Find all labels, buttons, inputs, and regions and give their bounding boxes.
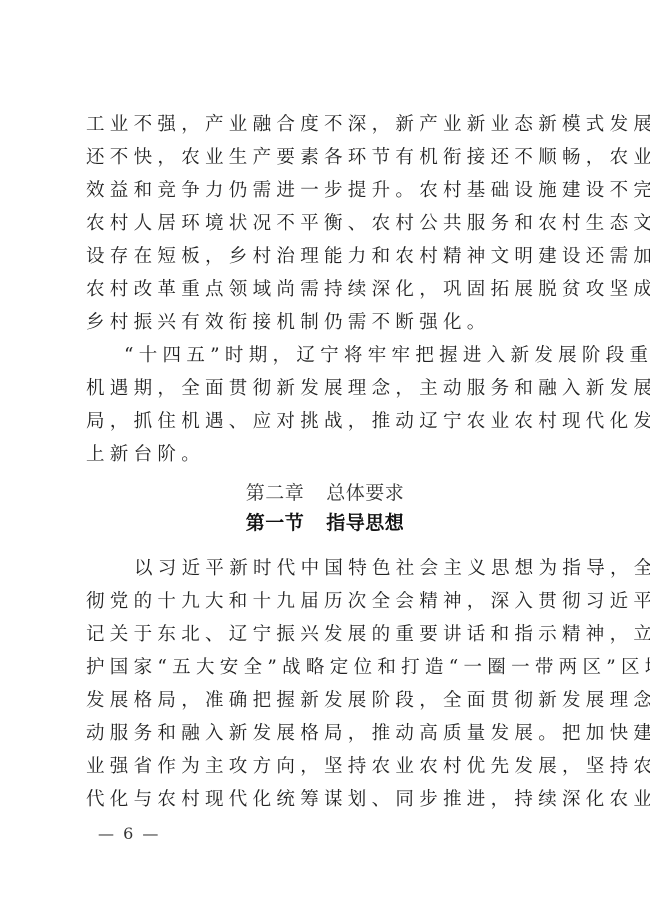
text-line: 业强省作为主攻方向，坚持农业农村优先发展，坚持农业现 xyxy=(86,750,568,783)
chapter-title: 总体要求 xyxy=(326,482,404,504)
text-line: 设存在短板，乡村治理能力和农村精神文明建设还需加强， xyxy=(86,240,568,273)
text-line: 农村人居环境状况不平衡、农村公共服务和农村生态文明建 xyxy=(86,207,568,240)
document-page: 工业不强，产业融合度不深，新产业新业态新模式发展步伐 还不快，农业生产要素各环节… xyxy=(0,0,650,919)
text-line: 局，抓住机遇、应对挑战，推动辽宁农业农村现代化发展再 xyxy=(86,405,568,438)
text-line: 代化与农村现代化统筹谋划、同步推进，持续深化农业供给 xyxy=(86,783,568,816)
chapter-heading: 第二章总体要求 xyxy=(0,478,650,508)
text-line: 发展格局，准确把握新发展阶段，全面贯彻新发展理念，主 xyxy=(86,684,568,717)
section-title: 指导思想 xyxy=(326,512,404,534)
text-line: 上新台阶。 xyxy=(86,438,568,471)
text-line: “十四五”时期，辽宁将牢牢把握进入新发展阶段重要 xyxy=(124,339,558,372)
text-line: 彻党的十九大和十九届历次全会精神，深入贯彻习近平总书 xyxy=(86,585,568,618)
chapter-number: 第二章 xyxy=(246,482,305,504)
page-number: — 6 — xyxy=(98,822,160,846)
section-heading: 第一节指导思想 xyxy=(0,508,650,538)
text-line: 乡村振兴有效衔接机制仍需不断强化。 xyxy=(86,306,568,339)
text-line: 动服务和融入新发展格局，推动高质量发展。把加快建设农 xyxy=(86,717,568,750)
text-line: 机遇期，全面贯彻新发展理念，主动服务和融入新发展格 xyxy=(86,372,568,405)
text-line: 还不快，农业生产要素各环节有机衔接还不顺畅，农业质量 xyxy=(86,141,568,174)
text-line: 农村改革重点领域尚需持续深化，巩固拓展脱贫攻坚成果与 xyxy=(86,273,568,306)
section-number: 第一节 xyxy=(246,512,305,534)
text-line: 工业不强，产业融合度不深，新产业新业态新模式发展步伐 xyxy=(86,108,568,141)
text-line: 护国家“五大安全”战略定位和打造“一圈一带两区”区域 xyxy=(86,651,568,684)
text-line: 效益和竞争力仍需进一步提升。农村基础设施建设不完善、 xyxy=(86,174,568,207)
text-line: 以习近平新时代中国特色社会主义思想为指导，全面贯 xyxy=(134,552,568,585)
text-line: 记关于东北、辽宁振兴发展的重要讲话和指示精神，立足维 xyxy=(86,618,568,651)
